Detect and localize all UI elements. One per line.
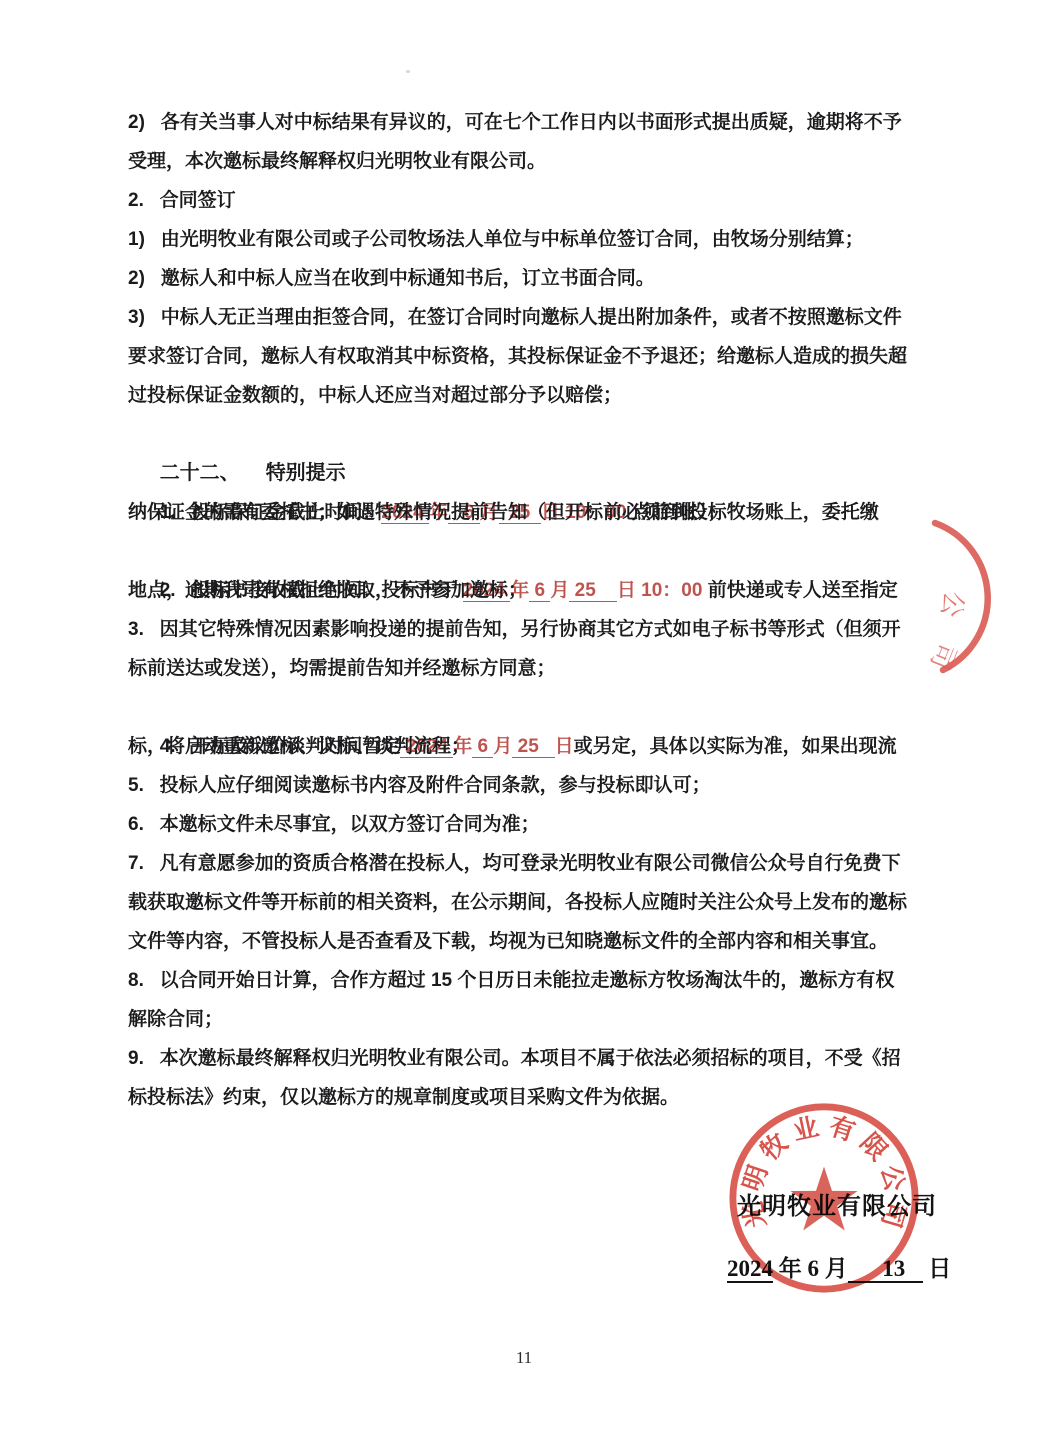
document-line: 1) 由光明牧业有限公司或子公司牧场法人单位与中标单位签订合同，由牧场分别结算； xyxy=(128,220,940,259)
day-label: 日 xyxy=(555,736,574,757)
document-line: 3. 因其它特殊情况因素影响投递的提前告知，另行协商其它方式如电子标书等形式（但… xyxy=(128,610,940,649)
company-seal-stamp: 光明牧业有限公司 xyxy=(726,1100,922,1296)
document-line: 2) 各有关当事人对中标结果有异议的，可在七个工作日内以书面形式提出质疑，逾期将… xyxy=(128,103,940,142)
text-segment: 7. 凡有意愿参加的资质合格潜在投标人，均可登录光明牧业有限公司微信公众号自行免… xyxy=(128,853,901,874)
text-segment: 文件等内容，不管投标人是否查看及下载，均视为已知晓邀标文件的全部内容和相关事宜。 xyxy=(128,931,888,952)
partial-seal-stamp: 公 司 xyxy=(880,478,1048,718)
text-segment: 纳保证金的需有委托书；如遇特殊情况提前告知（但开标前必须到帐）； xyxy=(128,502,727,523)
document-line: 过投标保证金数额的，中标人还应当对超过部分予以赔偿； xyxy=(128,376,940,415)
document-line: 8. 以合同开始日计算，合作方超过 15 个日历日未能拉走邀标方牧场淘汰牛的，邀… xyxy=(128,961,940,1000)
seal-partial-char: 司 xyxy=(925,639,962,674)
document-line: 7. 凡有意愿参加的资质合格潜在投标人，均可登录光明牧业有限公司微信公众号自行免… xyxy=(128,844,940,883)
receipt-deadline-time: 日 10：00 xyxy=(617,580,703,601)
text-segment: 受理，本次邀标最终解释权归光明牧业有限公司。 xyxy=(128,151,546,172)
text-segment: 8. 以合同开始日计算，合作方超过 15 个日历日未能拉走邀标方牧场淘汰牛的，邀… xyxy=(128,970,894,991)
document-body: 2) 各有关当事人对中标结果有异议的，可在七个工作日内以书面形式提出质疑，逾期将… xyxy=(128,103,940,1117)
opening-date-month: 6 xyxy=(472,736,493,758)
scan-artifact xyxy=(406,70,410,73)
month-label: 月 xyxy=(550,580,569,601)
text-segment: 3) 中标人无正当理由拒签合同，在签订合同时向邀标人提出附加条件，或者不按照邀标… xyxy=(128,307,902,328)
text-segment: 标前送达或发送），均需提前告知并经邀标方同意； xyxy=(128,658,556,679)
text-segment: 标投标法》约束，仅以邀标方的规章制度或项目采购文件为依据。 xyxy=(128,1087,679,1108)
text-segment: 9. 本次邀标最终解释权归光明牧业有限公司。本项目不属于依法必须招标的项目，不受… xyxy=(128,1048,901,1069)
text-segment: 标，将启动重新邀标、议标、谈判流程； xyxy=(128,736,470,757)
text-segment: 解除合同； xyxy=(128,1009,223,1030)
document-line: 标前送达或发送），均需提前告知并经邀标方同意； xyxy=(128,649,940,688)
receipt-deadline-month: 6 xyxy=(529,580,550,602)
receipt-deadline-day: 25 xyxy=(569,580,617,602)
document-line: 5. 投标人应仔细阅读邀标书内容及附件合同条款，参与投标即认可； xyxy=(128,766,940,805)
text-segment: 或另定，具体以实际为准，如果出现流 xyxy=(574,736,897,757)
text-segment: 2. 合同签订 xyxy=(128,190,236,211)
section-heading-line: 二十二、特别提示 xyxy=(128,415,940,454)
document-line: 3) 中标人无正当理由拒签合同，在签订合同时向邀标人提出附加条件，或者不按照邀标… xyxy=(128,298,940,337)
bid-receipt-deadline-line: 2. 投标书接收截止时间：投标书于 2024 年 6 月 25 日 10：00 … xyxy=(128,532,940,571)
text-segment: 要求签订合同，邀标人有权取消其中标资格，其投标保证金不予退还；给邀标人造成的损失… xyxy=(128,346,907,367)
section-number: 二十二、 xyxy=(160,462,240,484)
month-label: 月 xyxy=(493,736,512,757)
document-line: 2) 邀标人和中标人应当在收到中标通知书后，订立书面合同。 xyxy=(128,259,940,298)
text-segment: 2) 邀标人和中标人应当在收到中标通知书后，订立书面合同。 xyxy=(128,268,655,289)
text-segment: 载获取邀标文件等开标前的相关资料，在公示期间，各投标人应随时关注公众号上发布的邀… xyxy=(128,892,907,913)
document-line: 载获取邀标文件等开标前的相关资料，在公示期间，各投标人应随时关注公众号上发布的邀… xyxy=(128,883,940,922)
text-segment: 5. 投标人应仔细阅读邀标书内容及附件合同条款，参与投标即认可； xyxy=(128,775,711,796)
text-segment: 3. 因其它特殊情况因素影响投递的提前告知，另行协商其它方式如电子标书等形式（但… xyxy=(128,619,901,640)
opening-date-day: 25 xyxy=(512,736,554,758)
seal-star-icon xyxy=(790,1167,857,1231)
document-line: 文件等内容，不管投标人是否查看及下载，均视为已知晓邀标文件的全部内容和相关事宜。 xyxy=(128,922,940,961)
text-segment: 地点，逾期我司有权拒绝收取，不予参加邀标； xyxy=(128,580,527,601)
bid-opening-date-line: 4. 开标及议价谈判时间暂定 2024 年 6 月 25 日或另定，具体以实际为… xyxy=(128,688,940,727)
document-line: 解除合同； xyxy=(128,1000,940,1039)
document-page: 2) 各有关当事人对中标结果有异议的，可在七个工作日内以书面形式提出质疑，逾期将… xyxy=(0,0,1048,1450)
seal-partial-char: 公 xyxy=(936,589,969,620)
signature-date-label: 日 xyxy=(923,1256,952,1281)
text-segment: 前快递或专人送至指定 xyxy=(702,580,897,601)
document-line: 要求签订合同，邀标人有权取消其中标资格，其投标保证金不予退还；给邀标人造成的损失… xyxy=(128,337,940,376)
page-number: 11 xyxy=(0,1348,1048,1368)
text-segment: 6. 本邀标文件未尽事宜，以双方签订合同为准； xyxy=(128,814,540,835)
text-segment: 2) 各有关当事人对中标结果有异议的，可在七个工作日内以书面形式提出质疑，逾期将… xyxy=(128,112,902,133)
text-segment: 1) 由光明牧业有限公司或子公司牧场法人单位与中标单位签订合同，由牧场分别结算； xyxy=(128,229,864,250)
document-line: 2. 合同签订 xyxy=(128,181,940,220)
document-line: 受理，本次邀标最终解释权归光明牧业有限公司。 xyxy=(128,142,940,181)
section-title: 特别提示 xyxy=(266,462,346,484)
document-line: 9. 本次邀标最终解释权归光明牧业有限公司。本项目不属于依法必须招标的项目，不受… xyxy=(128,1039,940,1078)
text-segment: 过投标保证金数额的，中标人还应当对超过部分予以赔偿； xyxy=(128,385,622,406)
document-line: 6. 本邀标文件未尽事宜，以双方签订合同为准； xyxy=(128,805,940,844)
